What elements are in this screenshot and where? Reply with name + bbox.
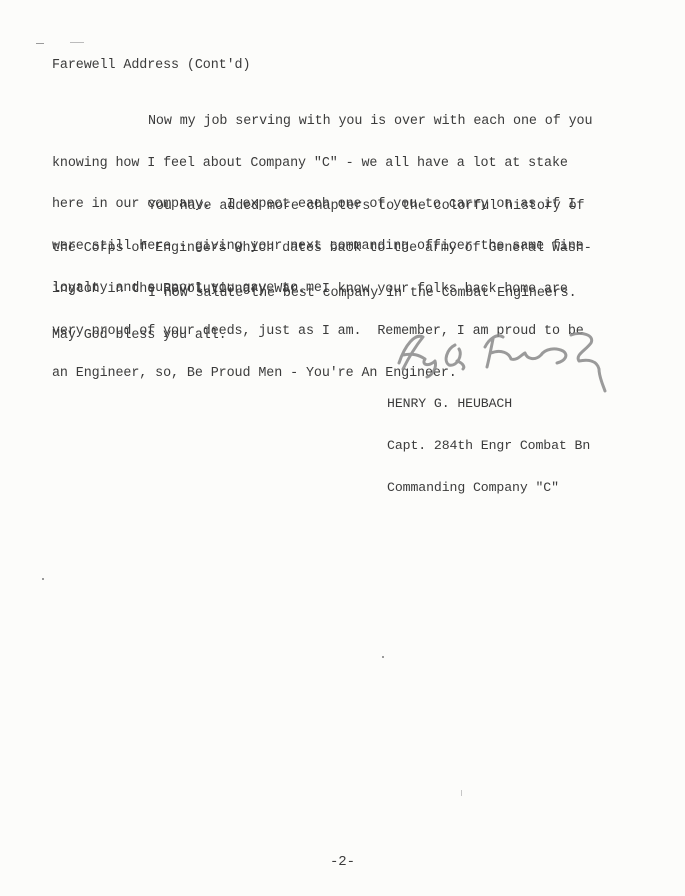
- document-heading: Farewell Address (Cont'd): [52, 59, 250, 73]
- paragraph-line: the Corps of Engineers which dates back …: [52, 242, 592, 256]
- page-number: -2-: [330, 856, 355, 870]
- paragraph-line: Now my job serving with you is over with…: [52, 115, 592, 129]
- stray-mark: [70, 42, 84, 43]
- paragraph-line: knowing how I feel about Company "C" - w…: [52, 157, 592, 171]
- signer-title: Capt. 284th Engr Combat Bn: [387, 439, 590, 453]
- stray-mark: [36, 43, 44, 44]
- stray-mark: [461, 790, 462, 796]
- document-page: Farewell Address (Cont'd) Now my job ser…: [0, 0, 685, 896]
- paragraph-line: You have added more chapters to the colo…: [52, 200, 592, 214]
- signer-name: HENRY G. HEUBACH: [387, 397, 590, 411]
- stray-mark: [382, 656, 384, 658]
- signer-role: Commanding Company "C": [387, 481, 590, 495]
- signature-block: HENRY G. HEUBACH Capt. 284th Engr Combat…: [387, 369, 590, 523]
- stray-mark: [42, 578, 44, 580]
- paragraph-line: I now salute the best company in the Com…: [52, 287, 577, 301]
